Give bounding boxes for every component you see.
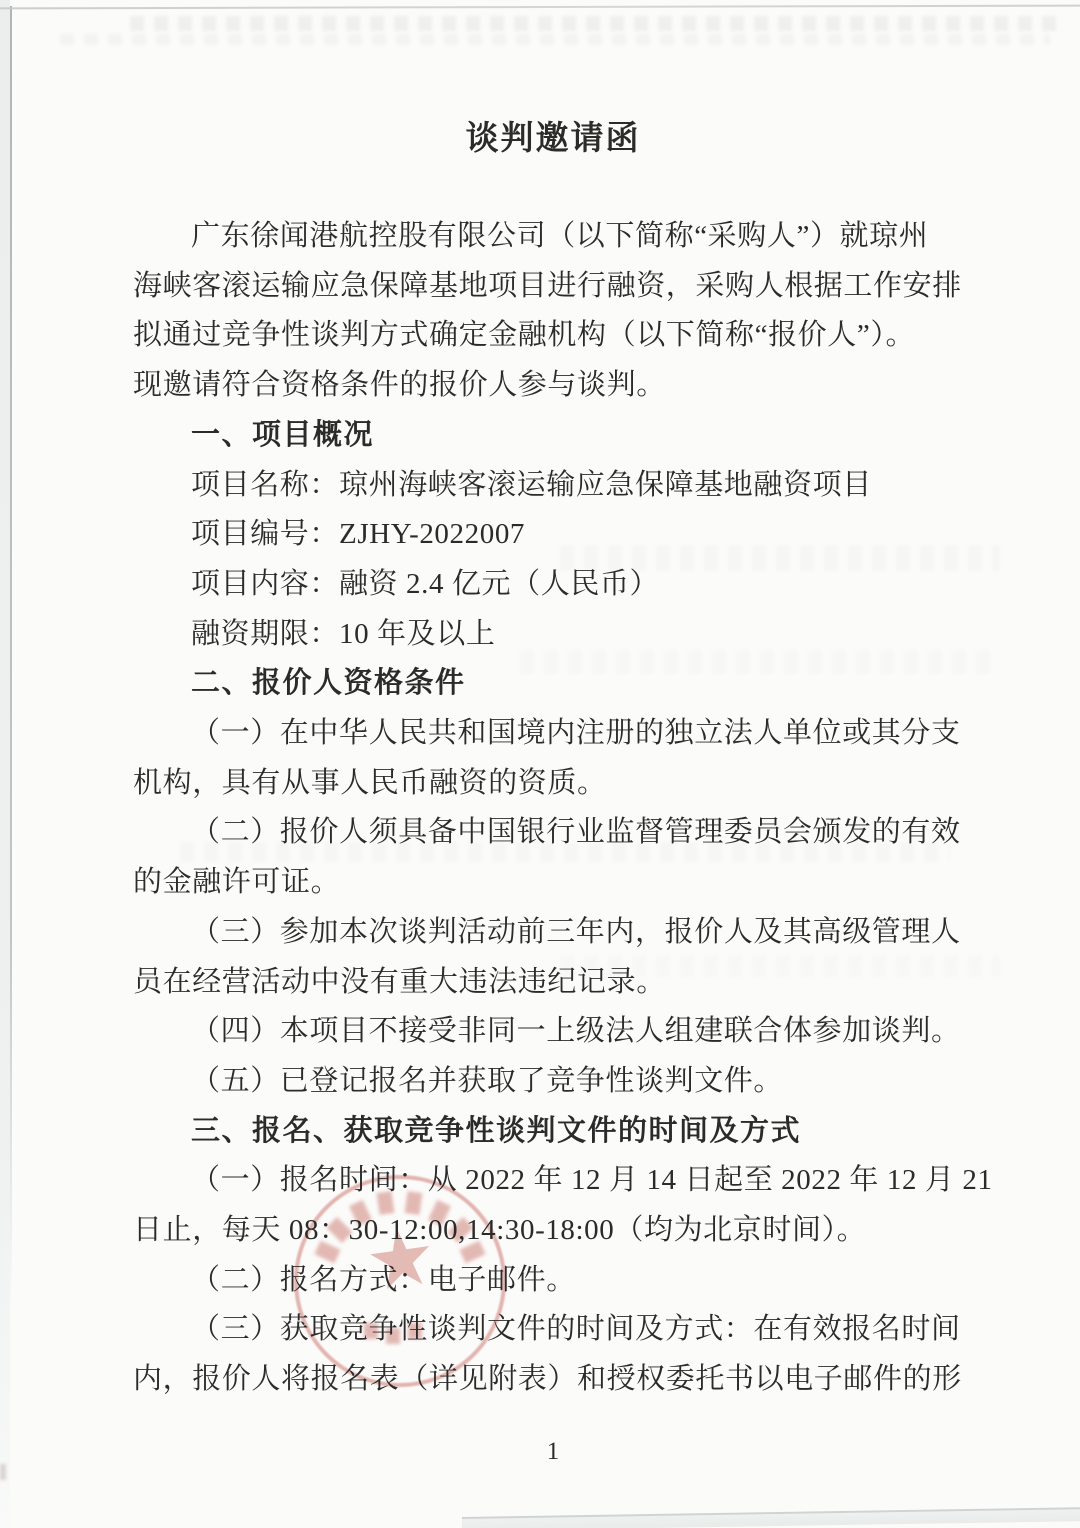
bleed-through-artifact — [130, 16, 1060, 31]
paragraph-line: 员在经营活动中没有重大违法违纪记录。 — [133, 958, 973, 1008]
paragraph-line: 拟通过竞争性谈判方式确定金融机构（以下简称“报价人”）。 — [133, 311, 973, 361]
scan-left-edge-shade — [0, 0, 10, 1528]
paragraph-line: （四）本项目不接受非同一上级法人组建联合体参加谈判。 — [133, 1007, 973, 1057]
paragraph-line: （二）报名方式：电子邮件。 — [133, 1256, 973, 1306]
bleed-through-artifact — [60, 34, 1050, 45]
paragraph-line: （一）报名时间：从 2022 年 12 月 14 日起至 2022 年 12 月… — [133, 1156, 973, 1206]
paragraph-line: 广东徐闻港航控股有限公司（以下简称“采购人”）就琼州 — [133, 212, 973, 262]
paragraph-line: （二）报价人须具备中国银行业监督管理委员会颁发的有效 — [133, 808, 973, 858]
page-number: 1 — [133, 1438, 973, 1466]
paragraph-line: 项目编号：ZJHY-2022007 — [133, 510, 973, 560]
scanned-document-page: 谈判邀请函 广东徐闻港航控股有限公司（以下简称“采购人”）就琼州 海峡客滚运输应… — [0, 0, 1080, 1528]
scan-left-edge-line — [10, 6, 12, 1306]
paragraph-line: 项目内容：融资 2.4 亿元（人民币） — [133, 560, 973, 610]
section-heading-1: 一、项目概况 — [133, 411, 973, 461]
document-body: 谈判邀请函 广东徐闻港航控股有限公司（以下简称“采购人”）就琼州 海峡客滚运输应… — [133, 116, 973, 1405]
paragraph-line: （三）获取竞争性谈判文件的时间及方式：在有效报名时间 — [133, 1305, 973, 1355]
paragraph-line: （三）参加本次谈判活动前三年内，报价人及其高级管理人 — [133, 908, 973, 958]
paragraph-line: 融资期限：10 年及以上 — [133, 610, 973, 660]
paragraph-line: （一）在中华人民共和国境内注册的独立法人单位或其分支 — [133, 709, 973, 759]
paragraph-line: 的金融许可证。 — [133, 858, 973, 908]
paragraph-line: 机构，具有从事人民币融资的资质。 — [133, 759, 973, 809]
paragraph-line: 海峡客滚运输应急保障基地项目进行融资，采购人根据工作安排 — [133, 262, 973, 312]
paragraph-line: 日止，每天 08：30-12:00,14:30-18:00（均为北京时间）。 — [133, 1206, 973, 1256]
document-title: 谈判邀请函 — [133, 116, 973, 162]
paragraph-line: （五）已登记报名并获取了竞争性谈判文件。 — [133, 1057, 973, 1107]
paragraph-line: 现邀请符合资格条件的报价人参与谈判。 — [133, 361, 973, 411]
scan-top-edge-line — [0, 5, 1080, 10]
scan-edge-smudge — [0, 1464, 6, 1480]
paragraph-line: 项目名称：琼州海峡客滚运输应急保障基地融资项目 — [133, 461, 973, 511]
paragraph-line: 内，报价人将报名表（详见附表）和授权委托书以电子邮件的形 — [133, 1355, 973, 1405]
section-heading-3: 三、报名、获取竞争性谈判文件的时间及方式 — [133, 1107, 973, 1157]
section-heading-2: 二、报价人资格条件 — [133, 659, 973, 709]
